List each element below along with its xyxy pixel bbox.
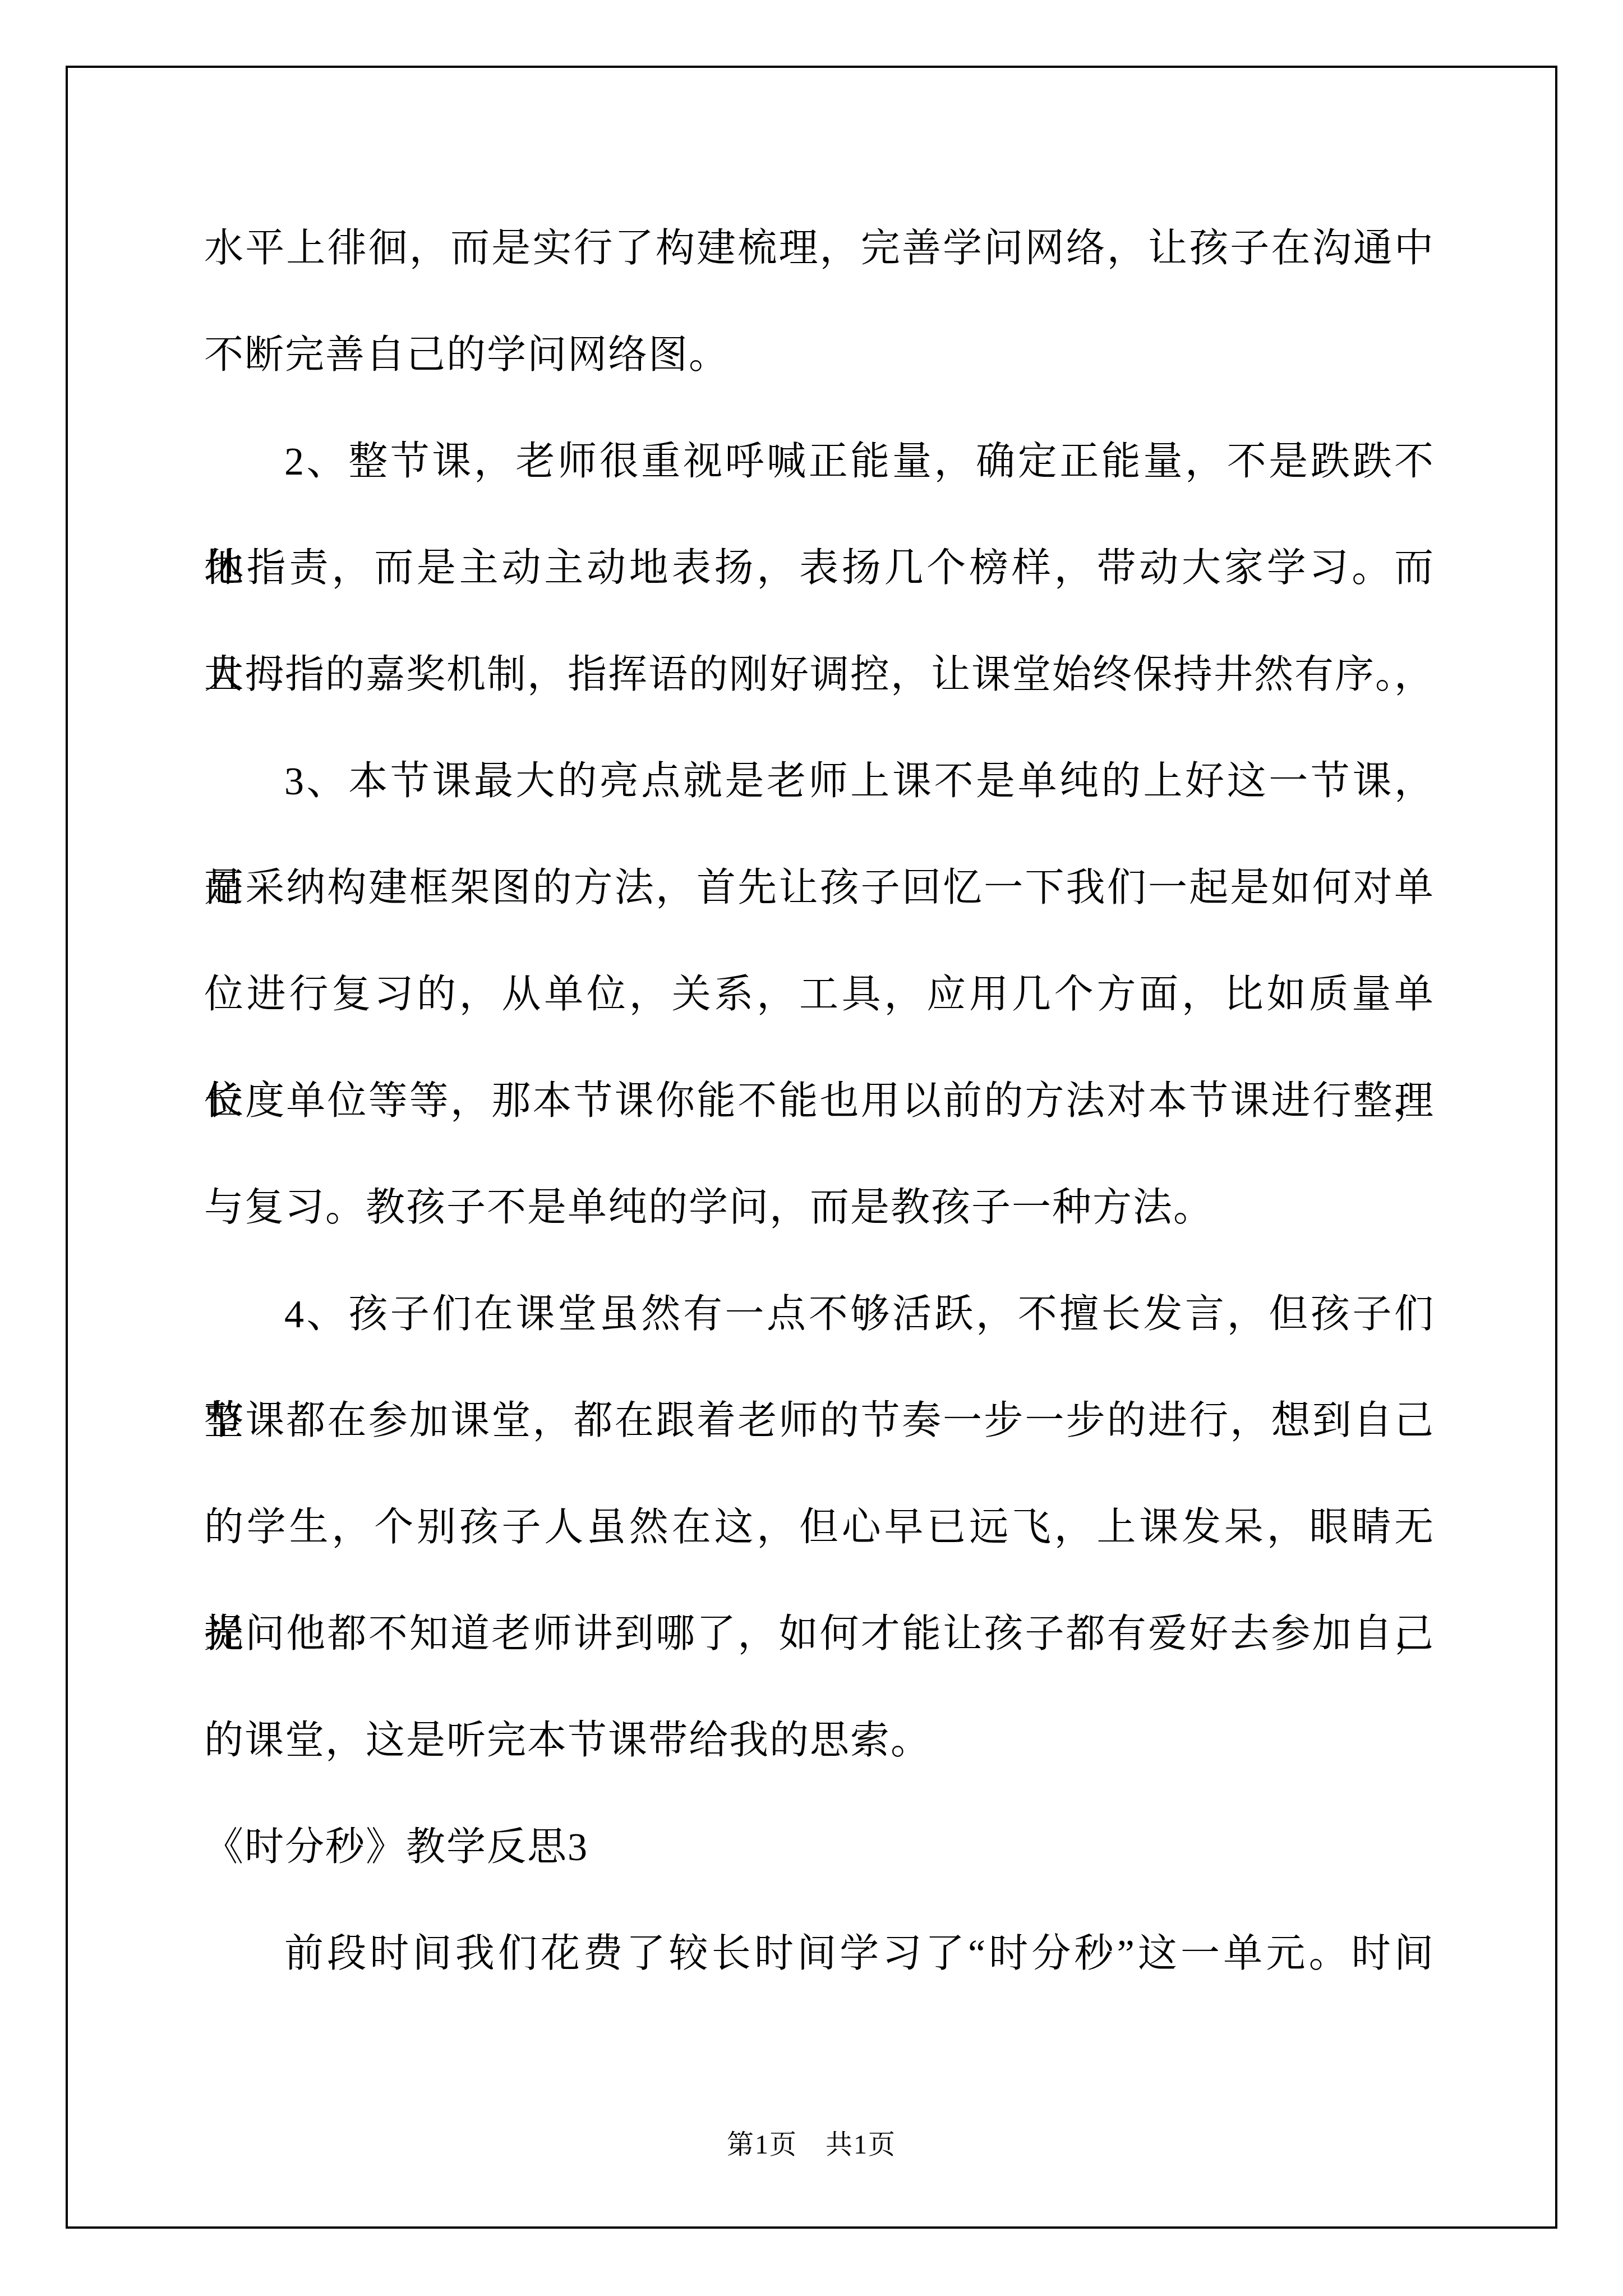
text-line: 不断完善自己的学问网络图。 — [204, 302, 1435, 409]
text-line: 4、孩子们在课堂虽然有一点不够活跃，不擅长发言，但孩子们整 — [204, 1262, 1435, 1368]
text-line: 位进行复习的，从单位，关系，工具，应用几个方面，比如质量单位， — [204, 942, 1435, 1048]
text-line: 的课堂，这是听完本节课带给我的思索。 — [204, 1688, 1435, 1795]
text-line: 节课都在参加课堂，都在跟着老师的节奏一步一步的进行，想到自己 — [204, 1368, 1435, 1475]
text-line: 是采纳构建框架图的方法，首先让孩子回忆一下我们一起是如何对单 — [204, 835, 1435, 942]
text-line: 地指责，而是主动主动地表扬，表扬几个榜样，带动大家学习。而且， — [204, 516, 1435, 622]
text-line: 与复习。教孩子不是单纯的学问，而是教孩子一种方法。 — [204, 1155, 1435, 1262]
page-border-frame: 水平上徘徊，而是实行了构建梳理，完善学问网络，让孩子在沟通中不断完善自己的学问网… — [66, 66, 1557, 2229]
page-footer: 第1页 共1页 — [68, 2128, 1555, 2162]
section-heading-line: 《时分秒》教学反思3 — [204, 1795, 1435, 1901]
text-line: 水平上徘徊，而是实行了构建梳理，完善学问网络，让孩子在沟通中 — [204, 196, 1435, 302]
text-line: 3、本节课最大的亮点就是老师上课不是单纯的上好这一节课，而 — [204, 729, 1435, 835]
text-line: 2、整节课，老师很重视呼喊正能量，确定正能量，不是跌跌不休 — [204, 409, 1435, 516]
text-line: 大拇指的嘉奖机制，指挥语的刚好调控，让课堂始终保持井然有序。 — [204, 622, 1435, 729]
document-page: 水平上徘徊，而是实行了构建梳理，完善学问网络，让孩子在沟通中不断完善自己的学问网… — [0, 0, 1623, 2296]
text-line: 提问他都不知道老师讲到哪了，如何才能让孩子都有爱好去参加自己 — [204, 1581, 1435, 1688]
text-line: 前段时间我们花费了较长时间学习了“时分秒”这一单元。时间 — [204, 1901, 1435, 2008]
document-body: 水平上徘徊，而是实行了构建梳理，完善学问网络，让孩子在沟通中不断完善自己的学问网… — [204, 196, 1435, 2008]
text-line: 长度单位等等，那本节课你能不能也用以前的方法对本节课进行整理 — [204, 1048, 1435, 1155]
text-line: 的学生，个别孩子人虽然在这，但心早已远飞，上课发呆，眼睛无光， — [204, 1475, 1435, 1581]
